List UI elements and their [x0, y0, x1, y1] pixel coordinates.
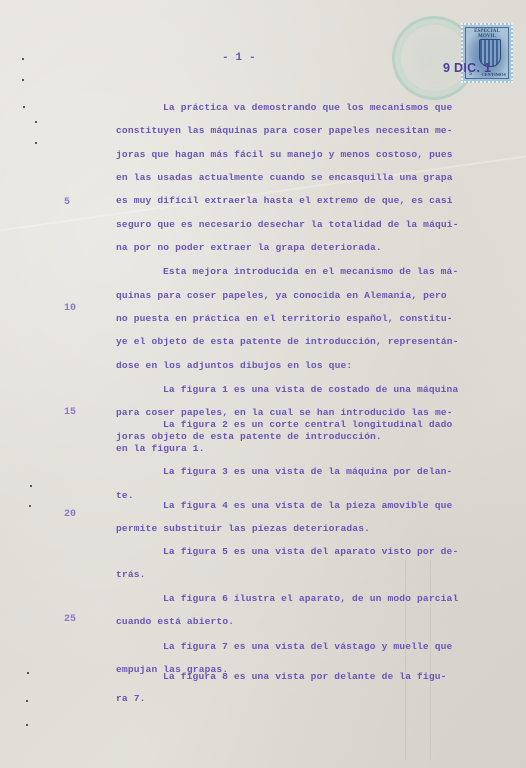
punch-hole — [29, 505, 31, 507]
document-line: no puesta en práctica en el territorio e… — [116, 313, 453, 324]
document-line: Esta mejora introducida en el mecanismo … — [163, 266, 458, 277]
margin-line-number: 25 — [64, 614, 76, 625]
document-line: seguro que es necesario desechar la tota… — [116, 219, 459, 230]
punch-hole — [35, 121, 37, 123]
document-page: ESPECIAL MOVIL 5 CENTIMOS 9 DIC. 1 - 1 -… — [0, 0, 526, 768]
document-line: ra 7. — [116, 693, 146, 704]
document-line: La figura 4 es una vista de la pieza amo… — [163, 500, 452, 511]
cancellation-date: 9 DIC. 1 — [443, 61, 491, 75]
punch-hole — [23, 106, 25, 108]
margin-line-number: 10 — [64, 303, 76, 314]
punch-hole — [35, 142, 37, 144]
document-line: en la figura 1. — [116, 443, 205, 454]
faint-vertical-stamp — [405, 560, 431, 760]
document-line: te. — [116, 490, 134, 501]
document-line: La figura 8 es una vista por delante de … — [163, 671, 447, 682]
punch-hole — [22, 79, 24, 81]
punch-hole — [22, 58, 24, 60]
document-line: dose en los adjuntos dibujos en los que: — [116, 360, 352, 371]
punch-hole — [30, 485, 32, 487]
margin-line-number: 5 — [64, 197, 70, 208]
document-line: La figura 6 ilustra el aparato, de un mo… — [163, 593, 458, 604]
document-line: permite substituir las piezas deteriorad… — [116, 523, 370, 534]
page-number: - 1 - — [222, 52, 256, 64]
document-line: cuando está abierto. — [116, 616, 234, 627]
document-line: en las usadas actualmente cuando se enca… — [116, 172, 453, 183]
document-line: La práctica va demostrando que los mecan… — [163, 102, 452, 113]
document-line: trás. — [116, 569, 146, 580]
document-line: ye el objeto de esta patente de introduc… — [116, 336, 459, 347]
document-line: La figura 1 es una vista de costado de u… — [163, 384, 458, 395]
document-line: quinas para coser papeles, ya conocida e… — [116, 290, 447, 301]
document-line: joras objeto de esta patente de introduc… — [116, 431, 382, 442]
margin-line-number: 15 — [64, 407, 76, 418]
margin-line-number: 20 — [64, 509, 76, 520]
punch-hole — [27, 672, 29, 674]
document-line: na por no poder extraer la grapa deterio… — [116, 242, 382, 253]
stamp-top-text: ESPECIAL MOVIL — [466, 29, 508, 39]
document-line: La figura 7 es una vista del vástago y m… — [163, 641, 452, 652]
document-line: para coser papeles, en la cual se han in… — [116, 407, 453, 418]
document-line: La figura 5 es una vista del aparato vis… — [163, 546, 458, 557]
document-line: es muy difícil extraerla hasta el extrem… — [116, 195, 453, 206]
document-line: joras que hagan más fácil su manejo y me… — [116, 149, 453, 160]
document-line: La figura 3 es una vista de la máquina p… — [163, 466, 452, 477]
punch-hole — [26, 700, 28, 702]
punch-hole — [26, 724, 28, 726]
document-line: La figura 2 es un corte central longitud… — [163, 419, 452, 430]
document-line: constituyen las máquinas para coser pape… — [116, 125, 453, 136]
